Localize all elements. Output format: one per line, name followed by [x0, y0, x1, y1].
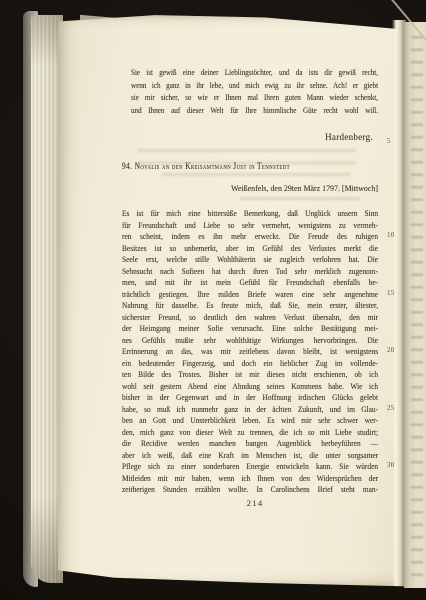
text-line: sicherster Freund, so deutlich den wahre…: [122, 312, 378, 324]
text-line: Pflege sich zu einer sonderbaren Energie…: [122, 461, 378, 473]
margin-line-number-25: 25: [387, 404, 403, 412]
text-line: ten Bilde des Trostes. Bisher ist mir di…: [122, 369, 378, 381]
letter-dateline: Weißenfels, den 29ten März 1797. [Mittwo…: [148, 183, 378, 193]
text-line: der Heimgang meiner Sofie verursacht. Ei…: [122, 323, 378, 335]
book-photo: Sie ist gewiß eine deiner Lieblingstöcht…: [0, 0, 426, 600]
text-line: men, und mit ihr ist mein Gefühl für Fre…: [122, 277, 378, 289]
letter-number: 94.: [122, 161, 132, 171]
text-line: Errinnerung an das, was mir zeitlebens d…: [122, 346, 378, 358]
letter-title: Novalis an den Kreisamtmann Just in Tenn…: [135, 161, 290, 171]
margin-line-number-15: 15: [387, 289, 403, 297]
text-line: nes Gefühls mußte sehr wohlthätige Wirku…: [122, 335, 378, 347]
text-line: bisher in der Gegenwart und in der Hoffn…: [122, 392, 378, 404]
text-line: ben an Gott und Unsterblichkeit leben. E…: [122, 415, 378, 427]
text-line: sie mir sicher, so wie er Ihnen mal Ihre…: [131, 92, 378, 105]
text-line: wenn ich ganz in ihr lebe, und mich ewig…: [131, 80, 378, 93]
text-line: Sehnsucht nach Sofieen hat durch ihren T…: [122, 266, 378, 278]
text-line: Seele erst, welche stille Wohlthäterin s…: [122, 254, 378, 266]
text-line: Sie ist gewiß eine deiner Lieblingstöcht…: [131, 67, 378, 80]
letter-heading: 94. Novalis an den Kreisamtmann Just in …: [122, 161, 290, 171]
text-line: zeitherigen Stunden erzählen wollte. In …: [122, 484, 378, 496]
text-line: habe, so muß ich nunmehr ganz in der äch…: [122, 404, 378, 416]
page-number: 214: [122, 498, 388, 508]
facing-page-edge: [404, 22, 426, 588]
text-line: den, mich ganz von dieser Welt zu trenne…: [122, 427, 378, 439]
margin-line-number-20: 20: [387, 346, 403, 354]
margin-line-number-10: 10: [387, 231, 403, 239]
text-line: Nahrung für dasselbe. Es freute mich, da…: [122, 300, 378, 312]
text-line: ren scheint, indem es ihn mehr erweckt. …: [122, 231, 378, 243]
letter-signature: Hardenberg.: [122, 132, 373, 142]
letter-body: Es ist für mich eine bittersüße Bemerkun…: [122, 208, 378, 496]
text-line: aber ich weiß, daß eine Kraft im Mensche…: [122, 450, 378, 462]
text-line: wohl seit gestern Abend eine Ahndung sei…: [122, 381, 378, 393]
closing-paragraph: Sie ist gewiß eine deiner Lieblingstöcht…: [131, 67, 378, 118]
text-line: die Recidive werden manchen bangen Augen…: [122, 438, 378, 450]
text-line: trächtlich gestiegen. Ihre milden Briefe…: [122, 289, 378, 301]
text-line: ein bedeutender Fingerzeig, und doch ein…: [122, 358, 378, 370]
text-line: und Ihnen auf dieser Welt für Ihre himml…: [131, 105, 378, 118]
text-line: Mitleiden mit mir haben, wenn ich Ihnen …: [122, 473, 378, 485]
margin-line-number-5: 5: [387, 137, 403, 145]
margin-line-number-30: 30: [387, 461, 403, 469]
text-line: für Freundschaft und Liebe so sehr verme…: [122, 220, 378, 232]
text-line: Es ist für mich eine bittersüße Bemerkun…: [122, 208, 378, 220]
text-line: Besitzes ist so unbemerkt, aber im Gefüh…: [122, 243, 378, 255]
